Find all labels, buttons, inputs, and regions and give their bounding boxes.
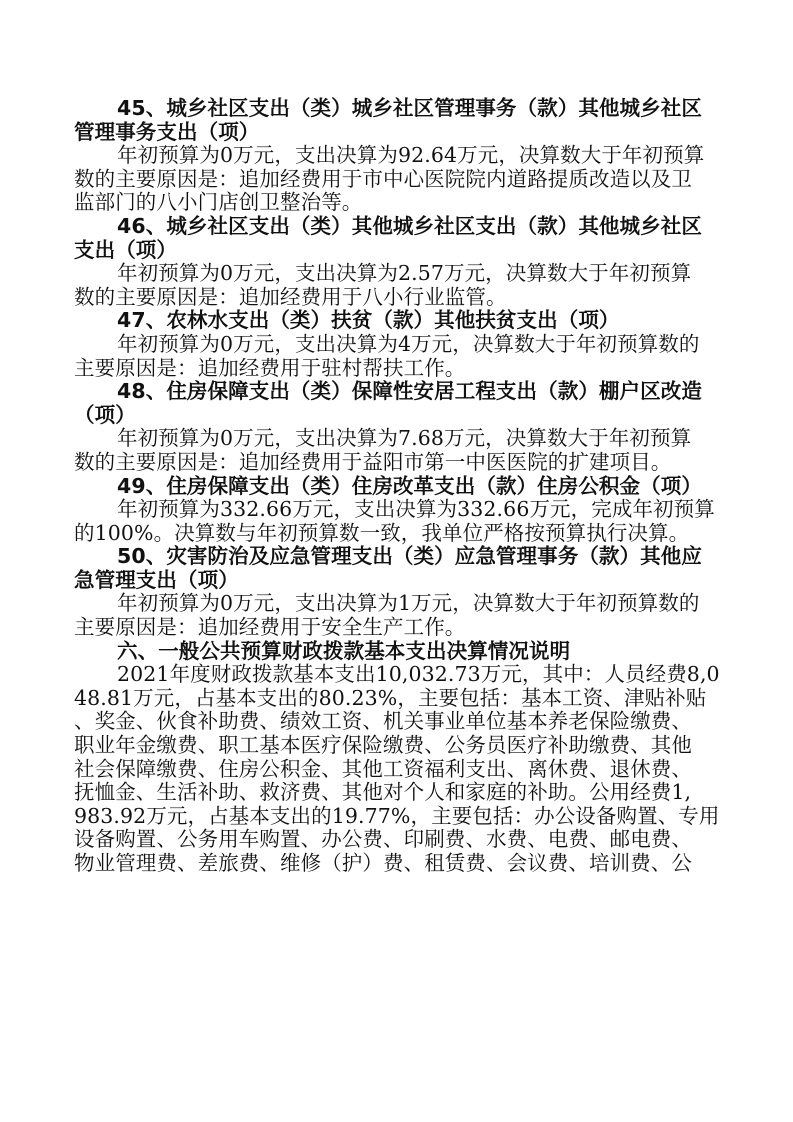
section-heading-line: 47、农林水支出（类）扶贫（款）其他扶贫支出（项）: [74, 309, 714, 333]
section-heading-line: 46、城乡社区支出（类）其他城乡社区支出（款）其他城乡社区: [74, 215, 714, 239]
section-heading-line: 六、一般公共预算财政拨款基本支出决算情况说明: [74, 640, 714, 664]
body-text-line: 主要原因是：追加经费用于驻村帮扶工作。: [74, 357, 714, 381]
body-text-line: 年初预算为0万元，支出决算为1万元，决算数大于年初预算数的: [74, 592, 714, 616]
body-text-line: 主要原因是：追加经费用于安全生产工作。: [74, 616, 714, 640]
body-text-line: 数的主要原因是：追加经费用于八小行业监管。: [74, 286, 714, 310]
body-text-line: 设备购置、公务用车购置、办公费、印刷费、水费、电费、邮电费、: [74, 828, 714, 852]
body-text-line: 监部门的八小门店创卫整治等。: [74, 191, 714, 215]
section-heading-line: 支出（项）: [74, 239, 714, 263]
body-text-line: 抚恤金、生活补助、救济费、其他对个人和家庭的补助。公用经费1,: [74, 781, 714, 805]
body-text-line: 983.92万元，占基本支出的19.77%，主要包括：办公设备购置、专用: [74, 805, 714, 829]
body-text-line: 数的主要原因是：追加经费用于市中心医院院内道路提质改造以及卫: [74, 168, 714, 192]
body-text-line: 年初预算为0万元，支出决算为7.68万元，决算数大于年初预算: [74, 427, 714, 451]
body-text-line: 物业管理费、差旅费、维修（护）费、租赁费、会议费、培训费、公: [74, 852, 714, 876]
section-heading-line: 45、城乡社区支出（类）城乡社区管理事务（款）其他城乡社区: [74, 97, 714, 121]
section-heading-line: 49、住房保障支出（类）住房改革支出（款）住房公积金（项）: [74, 475, 714, 499]
body-text-line: 、奖金、伙食补助费、绩效工资、机关事业单位基本养老保险缴费、: [74, 710, 714, 734]
body-text-line: 年初预算为332.66万元，支出决算为332.66万元，完成年初预算: [74, 498, 714, 522]
section-heading-line: 50、灾害防治及应急管理支出（类）应急管理事务（款）其他应: [74, 545, 714, 569]
section-heading-line: （项）: [74, 404, 714, 428]
body-text-line: 2021年度财政拨款基本支出10,032.73万元，其中：人员经费8,0: [74, 663, 714, 687]
section-heading-line: 管理事务支出（项）: [74, 121, 714, 145]
body-text-line: 社会保障缴费、住房公积金、其他工资福利支出、离休费、退休费、: [74, 758, 714, 782]
body-text-line: 职业年金缴费、职工基本医疗保险缴费、公务员医疗补助缴费、其他: [74, 734, 714, 758]
body-text-line: 48.81万元，占基本支出的80.23%，主要包括：基本工资、津贴补贴: [74, 687, 714, 711]
section-heading-line: 48、住房保障支出（类）保障性安居工程支出（款）棚户区改造: [74, 380, 714, 404]
body-text-line: 的100%。决算数与年初预算数一致，我单位严格按预算执行决算。: [74, 522, 714, 546]
body-text-line: 数的主要原因是：追加经费用于益阳市第一中医医院的扩建项目。: [74, 451, 714, 475]
body-text-line: 年初预算为0万元，支出决算为92.64万元，决算数大于年初预算: [74, 144, 714, 168]
body-text-line: 年初预算为0万元，支出决算为4万元，决算数大于年初预算数的: [74, 333, 714, 357]
body-text-line: 年初预算为0万元，支出决算为2.57万元，决算数大于年初预算: [74, 262, 714, 286]
document-page: 45、城乡社区支出（类）城乡社区管理事务（款）其他城乡社区管理事务支出（项）年初…: [74, 97, 714, 876]
section-heading-line: 急管理支出（项）: [74, 569, 714, 593]
